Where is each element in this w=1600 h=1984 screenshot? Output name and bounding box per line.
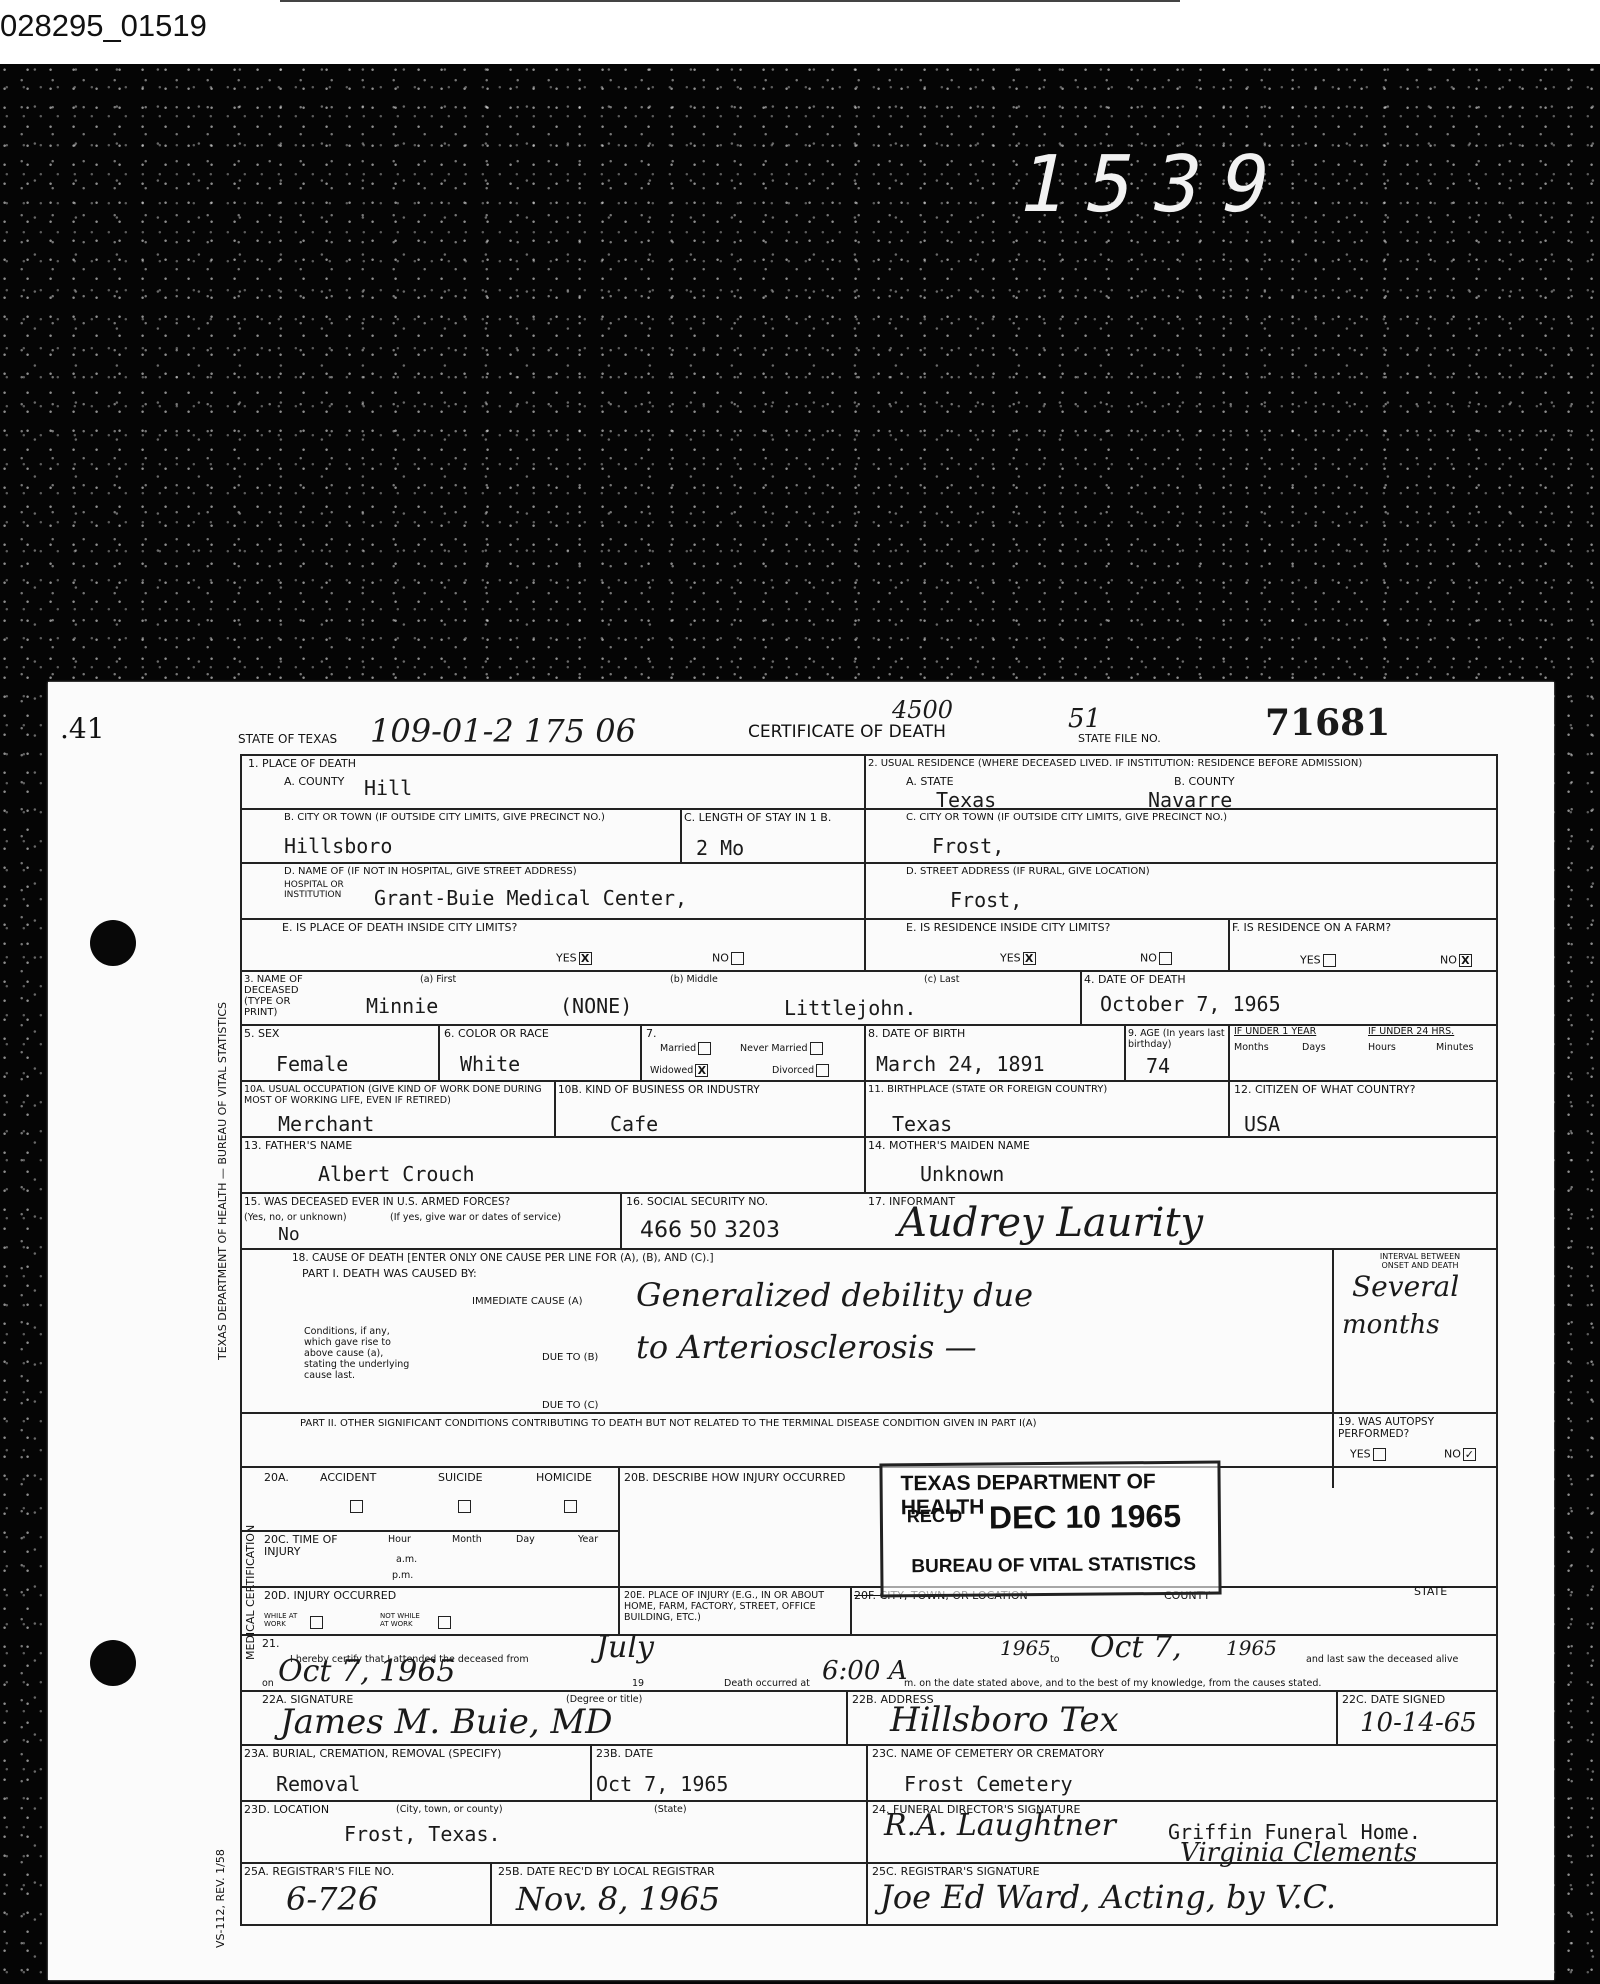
stamp-bureau: BUREAU OF VITAL STATISTICS	[911, 1554, 1196, 1578]
due-to-c-label: DUE TO (c)	[542, 1400, 598, 1412]
rule	[640, 1024, 642, 1080]
rule	[240, 1690, 1498, 1692]
cert-number: 21.	[262, 1638, 280, 1650]
race: White	[460, 1052, 520, 1076]
registrar-file-label: 25a. REGISTRAR'S FILE NO.	[244, 1866, 394, 1878]
cert-text-3: m. on the date stated above, and to the …	[904, 1678, 1321, 1690]
rule	[240, 1634, 1498, 1636]
citizen-label: 12. CITIZEN OF WHAT COUNTRY?	[1234, 1084, 1415, 1096]
business: Cafe	[610, 1112, 658, 1136]
rule	[620, 1192, 622, 1248]
death-at-label: Death occurred at	[724, 1678, 810, 1690]
top-bar: 028295_01519	[0, 0, 1600, 64]
occupation: Merchant	[278, 1112, 374, 1136]
marital-married[interactable]: Married	[660, 1042, 711, 1055]
punch-hole	[90, 1640, 136, 1686]
mother-label: 14. MOTHER'S MAIDEN NAME	[868, 1140, 1030, 1152]
res-inside-limits-yes[interactable]: YESX	[1000, 952, 1036, 965]
checkbox[interactable]	[1159, 952, 1172, 965]
stamped-number: 1539	[1010, 140, 1297, 230]
due-to-b: to Arteriosclerosis —	[636, 1328, 977, 1366]
handwritten-mid: 51	[1068, 704, 1101, 734]
rule	[590, 1744, 592, 1800]
under-1-year-label: IF UNDER 1 YEAR	[1234, 1026, 1316, 1038]
last-name: Littlejohn.	[784, 996, 916, 1020]
armed-forces-label: 15. WAS DECEASED EVER IN U.S. ARMED FORC…	[244, 1196, 510, 1208]
interval-a: Several	[1352, 1270, 1459, 1303]
informant-signature: Audrey Laurity	[898, 1200, 1203, 1246]
farm-yes[interactable]: YES	[1300, 954, 1336, 967]
months-label: Months	[1234, 1042, 1269, 1054]
suicide-checkbox[interactable]	[458, 1500, 471, 1513]
res-county: Navarre	[1148, 788, 1232, 812]
rule	[240, 918, 1498, 920]
rule	[1496, 754, 1498, 1924]
marital-label: 7.	[646, 1028, 657, 1040]
pm-label: p.m.	[392, 1570, 413, 1582]
death-county: Hill	[364, 776, 412, 800]
mother-maiden-name: Unknown	[920, 1162, 1004, 1186]
attended-from: July	[596, 1630, 654, 1665]
on-label: on	[262, 1678, 274, 1690]
part2-label: PART II. OTHER SIGNIFICANT CONDITIONS CO…	[300, 1418, 1037, 1430]
marital-widowed[interactable]: WidowedX	[650, 1064, 708, 1077]
accident-checkbox[interactable]	[350, 1500, 363, 1513]
physician-address: Hillsboro Tex	[890, 1700, 1119, 1740]
rule	[1124, 1024, 1126, 1080]
funeral-director-signature: R.A. Laughtner	[884, 1808, 1116, 1843]
time-of-injury-label: 20c. TIME OF INJURY	[264, 1534, 340, 1558]
attended-to: Oct 7,	[1090, 1630, 1182, 1665]
image-id: 028295_01519	[0, 8, 207, 44]
minutes-label: Minutes	[1436, 1042, 1473, 1054]
homicide-label: HOMICIDE	[536, 1472, 592, 1484]
length-of-stay: 2 Mo	[696, 836, 744, 860]
marital-never-married[interactable]: Never Married	[740, 1042, 823, 1055]
death-time: 6:00 A	[822, 1656, 907, 1686]
rule	[866, 1744, 868, 1924]
burial-location: Frost, Texas.	[344, 1822, 501, 1846]
day-label: Day	[516, 1534, 535, 1546]
rule	[554, 1080, 556, 1136]
rule	[864, 1024, 866, 1194]
res-street-label: d. STREET ADDRESS (If rural, give locati…	[906, 866, 1150, 878]
checkbox[interactable]	[810, 1042, 823, 1055]
social-security-number: 466 50 3203	[640, 1218, 780, 1243]
county-label: a. COUNTY	[284, 776, 344, 788]
received-stamp: TEXAS DEPARTMENT OF HEALTH REC'D DEC 10 …	[879, 1461, 1221, 1598]
farm-no[interactable]: NOX	[1440, 954, 1472, 967]
checkbox[interactable]	[1373, 1448, 1386, 1461]
not-while-at-work-checkbox[interactable]	[438, 1616, 451, 1629]
department-side-text: TEXAS DEPARTMENT OF HEALTH — BUREAU OF V…	[216, 1002, 229, 1360]
checkbox-checked[interactable]: X	[695, 1064, 708, 1077]
first-name: Minnie	[366, 994, 438, 1018]
certificate-title: CERTIFICATE OF DEATH	[748, 722, 946, 742]
stay-label: c. LENGTH OF STAY in 1 b.	[684, 812, 854, 824]
registrar-date: Nov. 8, 1965	[516, 1880, 720, 1918]
rule	[240, 1080, 1498, 1082]
checkbox-checked[interactable]: X	[1023, 952, 1036, 965]
res-inside-limits-label: e. IS RESIDENCE INSIDE CITY LIMITS?	[906, 922, 1110, 934]
year-label: Year	[578, 1534, 598, 1546]
rule	[680, 808, 682, 862]
rule	[1228, 918, 1230, 970]
rule	[240, 808, 1498, 810]
city-label: b. CITY OR TOWN (If outside city limits,…	[284, 812, 605, 824]
interval-label: INTERVAL BETWEEN ONSET AND DEATH	[1370, 1252, 1470, 1270]
while-at-work-checkbox[interactable]	[310, 1616, 323, 1629]
date-of-birth: March 24, 1891	[876, 1052, 1045, 1076]
immediate-cause-label: IMMEDIATE CAUSE (a)	[472, 1296, 582, 1308]
date-of-death-label: 4. DATE OF DEATH	[1084, 974, 1186, 986]
rule	[438, 1024, 440, 1080]
while-at-work: WHILE AT WORK	[264, 1612, 304, 1628]
interval-b: months	[1342, 1310, 1440, 1340]
burial-type: Removal	[276, 1772, 360, 1796]
last-label: (c) Last	[924, 974, 959, 986]
rule	[240, 754, 1498, 756]
rule	[240, 1924, 1498, 1926]
res-inside-limits-no[interactable]: NO	[1140, 952, 1172, 965]
rule	[240, 1248, 1498, 1250]
occupation-label: 10a. USUAL OCCUPATION (Give kind of work…	[244, 1084, 554, 1106]
farm-label: f. IS RESIDENCE ON A FARM?	[1232, 922, 1391, 934]
disposition-date: Oct 7, 1965	[596, 1772, 728, 1796]
under-24-hrs-label: IF UNDER 24 HRS.	[1368, 1026, 1454, 1038]
middle-label: (b) Middle	[670, 974, 718, 986]
accident-label: ACCIDENT	[320, 1472, 376, 1484]
date-signed: 10-14-65	[1360, 1708, 1477, 1738]
medical-certification-side-text: MEDICAL CERTIFICATION	[244, 1525, 257, 1660]
year-from: 1965	[1000, 1636, 1051, 1660]
burial-label: 23a. BURIAL, CREMATION, REMOVAL (Specify…	[244, 1748, 501, 1760]
am-label: a.m.	[396, 1554, 417, 1566]
location-label: 23d. LOCATION	[244, 1804, 329, 1816]
name-label: 3. NAME OF DECEASED (Type or print)	[244, 974, 324, 1018]
registrar-signature: Joe Ed Ward, Acting, by V.C.	[880, 1878, 1336, 1916]
top-divider	[280, 0, 1180, 2]
stamp-date: DEC 10 1965	[989, 1498, 1181, 1537]
margin-mark: .41	[60, 712, 105, 745]
registrar-signature-extra: Virginia Clements	[1180, 1838, 1417, 1868]
rule	[1332, 1248, 1334, 1488]
birthplace: Texas	[892, 1112, 952, 1136]
month-label: Month	[452, 1534, 482, 1546]
state-label: STATE OF TEXAS	[238, 733, 337, 745]
rule	[240, 1530, 618, 1532]
handwritten-code: 109-01-2 175 06	[370, 712, 636, 750]
age-label: 9. AGE (In years last birthday)	[1128, 1028, 1226, 1050]
due-to-b-label: DUE TO (b)	[542, 1352, 598, 1364]
rule	[850, 1586, 852, 1634]
checkbox-checked[interactable]: X	[1459, 954, 1472, 967]
injury-state-label: STATE	[1414, 1586, 1447, 1598]
ssn-label: 16. SOCIAL SECURITY NO.	[626, 1196, 768, 1208]
homicide-checkbox[interactable]	[564, 1500, 577, 1513]
punch-hole	[90, 920, 136, 966]
checkbox-checked[interactable]: ✓	[1463, 1448, 1476, 1461]
not-while-at-work: NOT WHILE AT WORK	[380, 1612, 430, 1628]
res-state-label: a. STATE	[906, 776, 954, 788]
rule	[240, 1412, 1498, 1414]
place-of-death-label: 1. PLACE OF DEATH	[248, 758, 356, 770]
cert-text-2: and last saw the deceased alive	[1306, 1654, 1458, 1666]
first-label: (a) First	[420, 974, 456, 986]
autopsy-no[interactable]: NO✓	[1444, 1448, 1476, 1461]
checkbox[interactable]	[731, 952, 744, 965]
registrar-date-label: 25b. DATE REC'D BY LOCAL REGISTRAR	[498, 1866, 715, 1878]
immediate-cause: Generalized debility due	[636, 1276, 1033, 1314]
armed-sub-label-1: (Yes, no, or unknown)	[244, 1212, 347, 1224]
cemetery-name: Frost Cemetery	[904, 1772, 1073, 1796]
death-city: Hillsboro	[284, 834, 392, 858]
death-inside-limits-yes[interactable]: YESX	[556, 952, 592, 965]
res-state: Texas	[936, 788, 996, 812]
conditions-note: Conditions, if any, which gave rise to a…	[304, 1326, 414, 1381]
location-state-label: (State)	[654, 1804, 687, 1816]
rule	[240, 1800, 1498, 1802]
suicide-label: SUICIDE	[438, 1472, 483, 1484]
autopsy-yes[interactable]: YES	[1350, 1448, 1386, 1461]
rule	[846, 1690, 848, 1744]
place-of-injury-label: 20e. PLACE OF INJURY (e.g., in or about …	[624, 1590, 844, 1623]
disposition-date-label: 23b. DATE	[596, 1748, 653, 1760]
res-county-label: b. COUNTY	[1174, 776, 1235, 788]
registrar-file-number: 6-726	[286, 1880, 378, 1918]
checkbox[interactable]	[816, 1064, 829, 1077]
hours-label: Hours	[1368, 1042, 1396, 1054]
res-city-label: c. CITY OR TOWN (If outside city limits,…	[906, 812, 1227, 824]
marital-divorced[interactable]: Divorced	[772, 1064, 829, 1077]
res-street: Frost,	[950, 888, 1022, 912]
hospital-sub-label: HOSPITAL OR INSTITUTION	[284, 880, 374, 900]
registrar-signature-label: 25c. REGISTRAR'S SIGNATURE	[872, 1866, 1040, 1878]
state-file-label: STATE FILE NO.	[1078, 733, 1161, 745]
checkbox[interactable]	[1323, 954, 1336, 967]
rule	[1336, 1690, 1338, 1744]
to-label: to	[1050, 1654, 1060, 1666]
date-of-death: October 7, 1965	[1100, 992, 1281, 1016]
rule	[240, 970, 1498, 972]
year-on-label: 19	[632, 1678, 644, 1690]
sex: Female	[276, 1052, 348, 1076]
days-label: Days	[1302, 1042, 1326, 1054]
birthplace-label: 11. BIRTHPLACE (State or foreign country…	[868, 1084, 1107, 1096]
rule	[240, 1586, 1498, 1588]
rule	[1080, 970, 1082, 1024]
dob-label: 8. DATE OF BIRTH	[868, 1028, 965, 1040]
year-to: 1965	[1226, 1636, 1277, 1660]
inside-city-limits-label: e. IS PLACE OF DEATH INSIDE CITY LIMITS?	[282, 922, 517, 934]
rule	[240, 1136, 1498, 1138]
part1-label: PART I. DEATH WAS CAUSED BY:	[302, 1268, 477, 1280]
sex-label: 5. SEX	[244, 1028, 279, 1040]
autopsy-label: 19. WAS AUTOPSY PERFORMED?	[1338, 1416, 1498, 1440]
father-name: Albert Crouch	[318, 1162, 475, 1186]
rule	[618, 1466, 620, 1634]
state-file-number: 71681	[1265, 702, 1390, 744]
rule	[240, 1192, 1498, 1194]
form-revision: VS-112, REV. 1/58	[214, 1849, 227, 1948]
handwritten-above-title: 4500	[892, 696, 953, 724]
middle-name: (NONE)	[560, 994, 632, 1018]
business-label: 10b. KIND OF BUSINESS OR INDUSTRY	[558, 1084, 760, 1096]
armed-sub-label-2: (If yes, give war or dates of service)	[390, 1212, 561, 1224]
father-label: 13. FATHER'S NAME	[244, 1140, 352, 1152]
rule	[240, 1466, 1498, 1468]
injury-type-label: 20a.	[264, 1472, 289, 1484]
cause-label: 18. CAUSE OF DEATH [Enter only one cause…	[292, 1252, 714, 1264]
injury-occurred-label: 20d. INJURY OCCURRED	[264, 1590, 396, 1602]
checkbox[interactable]	[698, 1042, 711, 1055]
date-signed-label: 22c. DATE SIGNED	[1342, 1694, 1445, 1706]
hospital-name: Grant-Buie Medical Center,	[374, 886, 687, 910]
checkbox-checked[interactable]: X	[579, 952, 592, 965]
residence-label: 2. USUAL RESIDENCE (Where deceased lived…	[868, 758, 1362, 770]
age: 74	[1146, 1054, 1170, 1078]
physician-signature: James M. Buie, MD	[280, 1702, 613, 1742]
hour-label: Hour	[388, 1534, 411, 1546]
describe-injury-label: 20b. DESCRIBE HOW INJURY OCCURRED	[624, 1472, 846, 1484]
location-sub-label: (City, town, or county)	[396, 1804, 503, 1816]
stamp-recd: REC'D	[907, 1506, 962, 1527]
last-seen-date: Oct 7, 1965	[278, 1654, 456, 1689]
armed-forces: No	[278, 1224, 300, 1245]
death-inside-limits-no[interactable]: NO	[712, 952, 744, 965]
hospital-label: d. NAME OF (If not in hospital, give str…	[284, 866, 577, 878]
rule	[240, 754, 242, 1924]
citizenship: USA	[1244, 1112, 1280, 1136]
rule	[240, 1744, 1498, 1746]
rule	[490, 1862, 492, 1924]
race-label: 6. COLOR OR RACE	[444, 1028, 549, 1040]
res-city: Frost,	[932, 834, 1004, 858]
cemetery-label: 23c. NAME OF CEMETERY OR CREMATORY	[872, 1748, 1104, 1760]
rule	[240, 862, 1498, 864]
